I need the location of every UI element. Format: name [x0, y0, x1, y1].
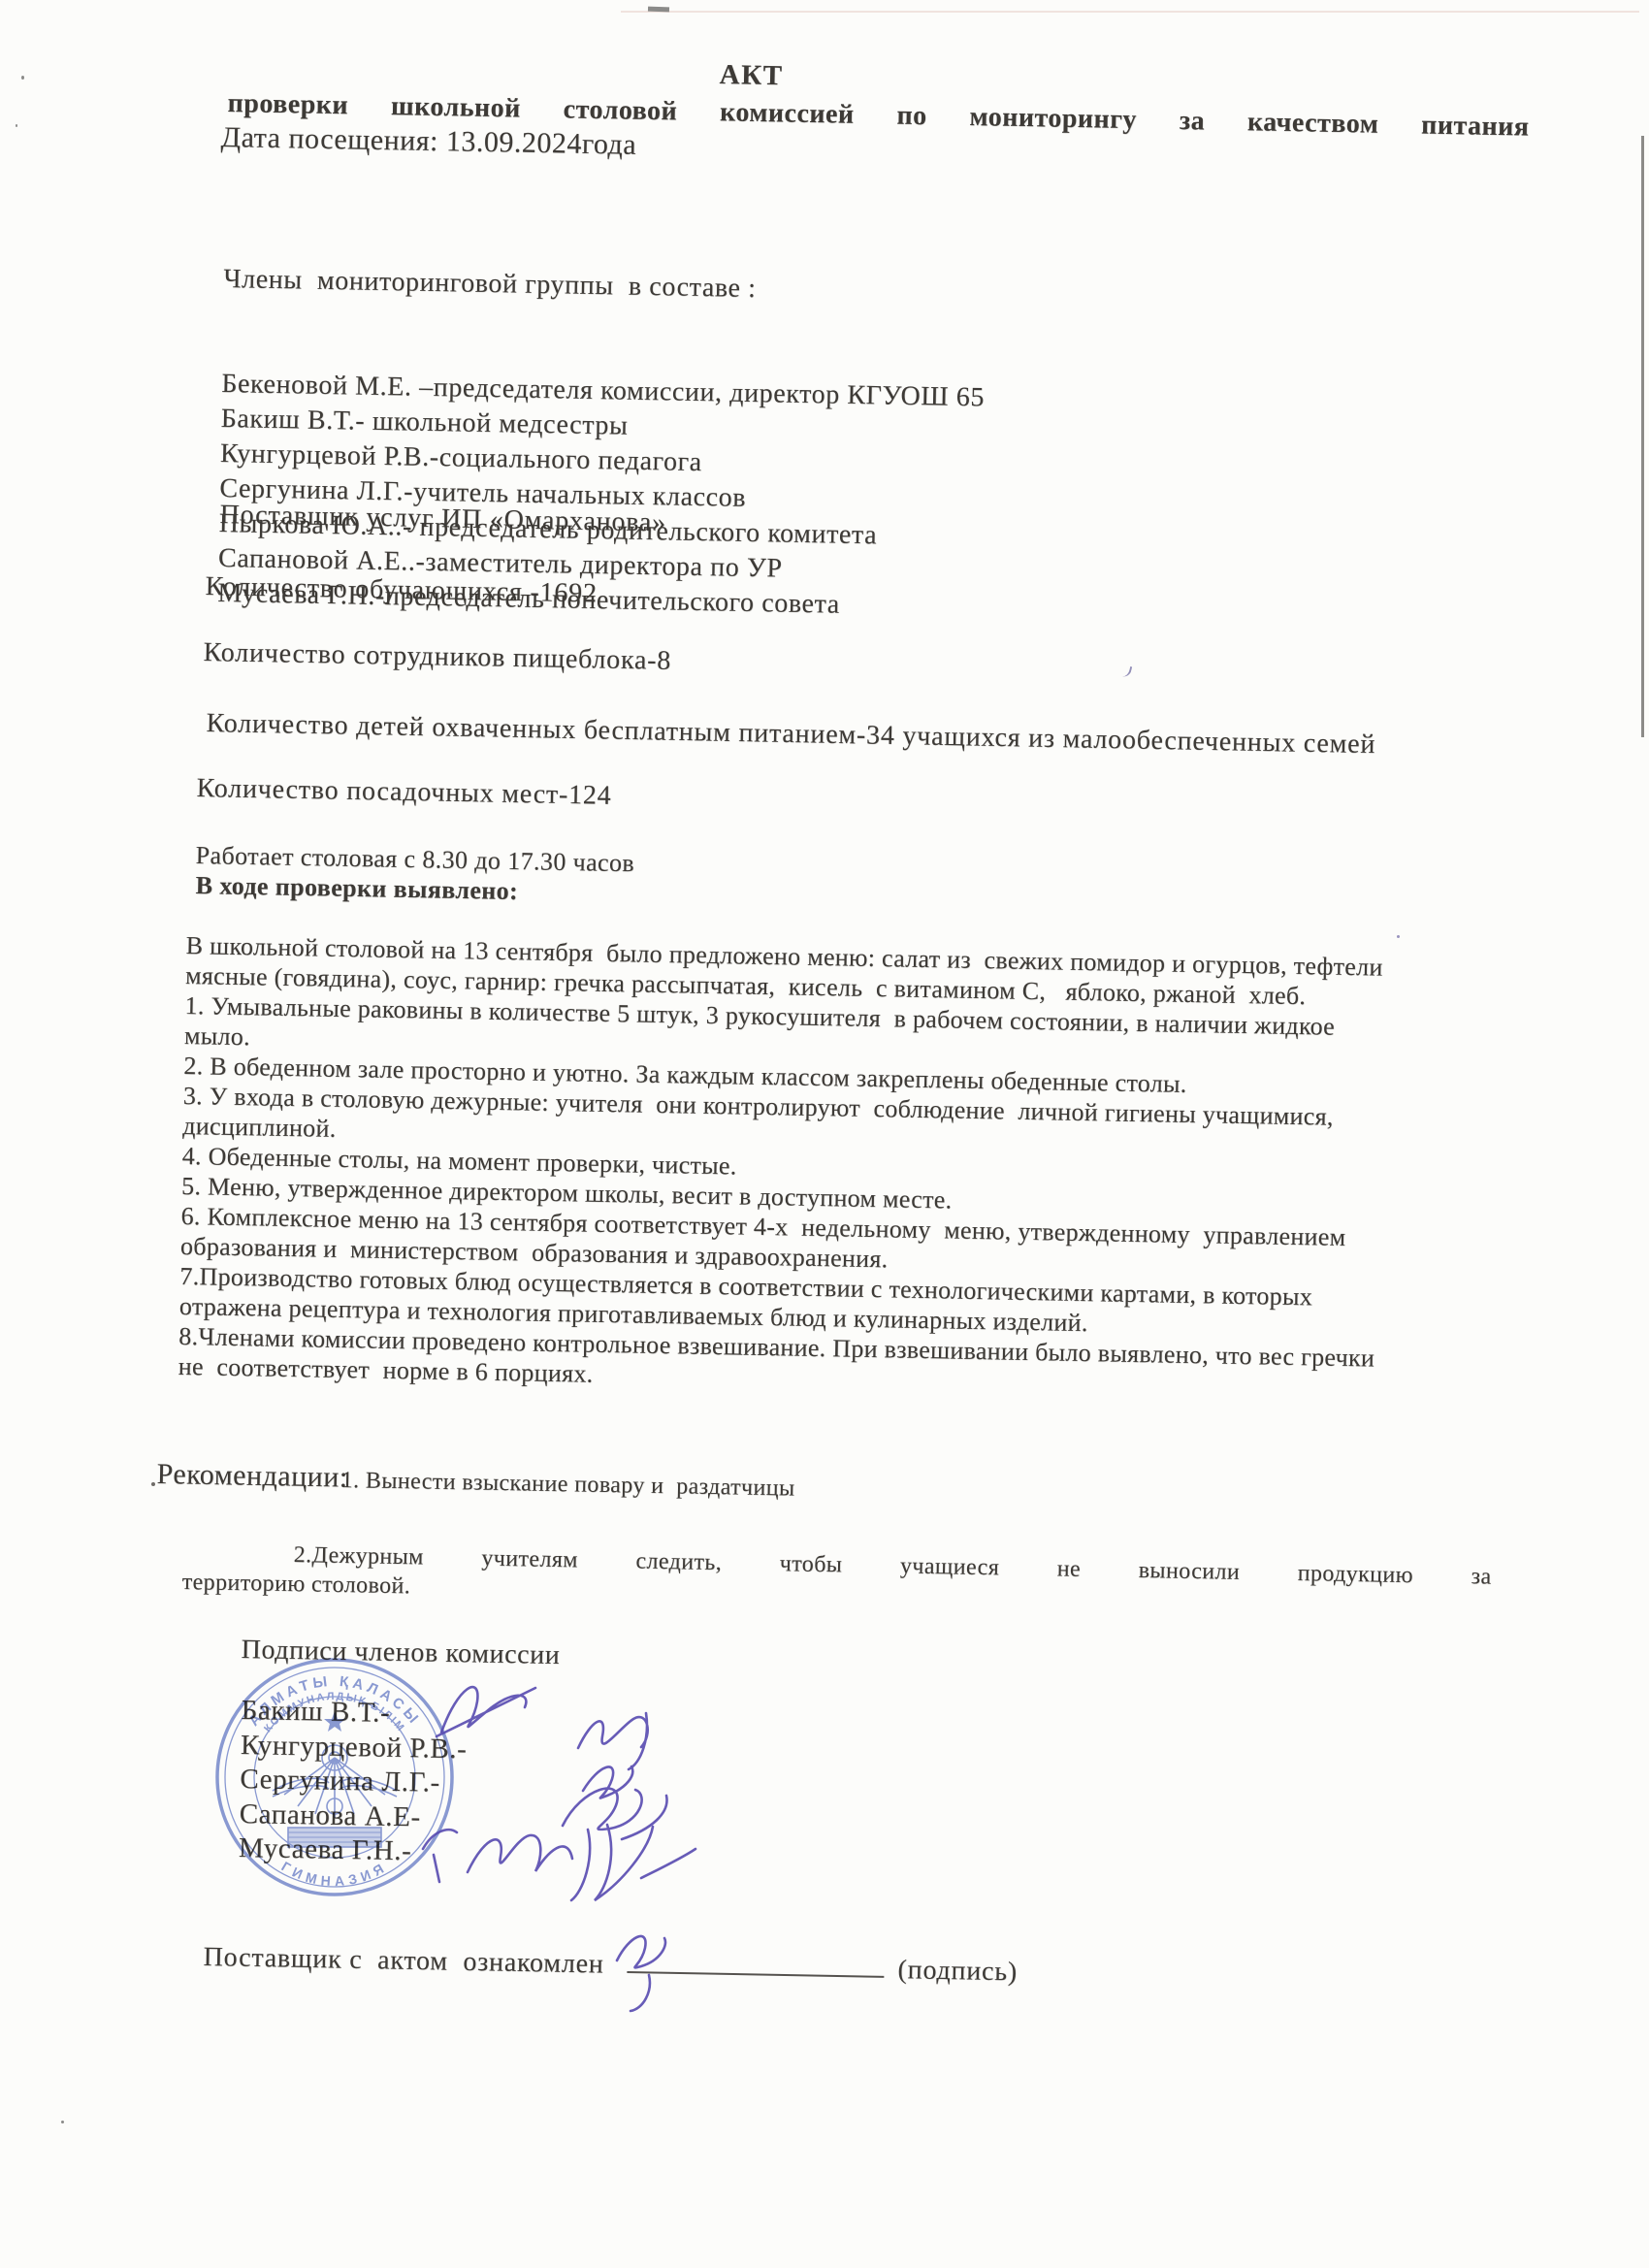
ink-signature-kungurtseva	[578, 1713, 648, 1769]
scan-artifact	[1641, 136, 1644, 737]
scan-ink-mark	[1120, 664, 1133, 678]
signature-blank-line	[627, 1944, 885, 1978]
commission-block: Члены мониторинговой группы в составе : …	[216, 192, 988, 695]
ink-signature-sapanova	[563, 1789, 667, 1839]
scan-speck	[1397, 935, 1400, 938]
signature-names-list: Бакиш В.Т.- Кунгурцевой Р.В.- Сергунина …	[239, 1694, 469, 1870]
seats-count-line: Количество посадочных мест-124	[196, 772, 611, 813]
scanned-document-page: АКТ проверки школьной столовой комиссией…	[0, 0, 1649, 2268]
recommendation-item-2-line2: территорию столовой.	[181, 1569, 410, 1602]
free-meals-line: Количество детей охваченных бесплатным п…	[206, 707, 1375, 761]
findings-heading: В ходе проверки выявлено:	[195, 870, 518, 907]
scan-speck	[16, 124, 17, 127]
acknowledgement-text: Поставщик с актом ознакомлен	[203, 1942, 604, 1980]
signature-caption: (подпись)	[897, 1955, 1018, 1987]
document-title: АКТ	[719, 58, 783, 94]
scan-speck	[151, 1482, 155, 1486]
recommendation-item-2-line1: 2.Дежурным учителям следить, чтобы учащи…	[293, 1541, 1491, 1592]
scan-artifact	[621, 11, 1639, 13]
signatures-heading: Подписи членов комиссии	[241, 1634, 560, 1672]
ink-signature-sergunina	[583, 1766, 632, 1798]
recommendation-item-1: 1. Вынести взыскание повару и раздатчицы	[340, 1467, 794, 1504]
visit-date-line: Дата посещения: 13.09.2024года	[220, 120, 636, 163]
scan-speck	[61, 2121, 64, 2123]
findings-body: В школьной столовой на 13 сентября было …	[178, 930, 1382, 1404]
recommendations-label: Рекомендации:	[156, 1457, 348, 1496]
commission-intro: Члены мониторинговой группы в составе :	[223, 262, 986, 310]
acknowledgement-line: Поставщик с актом ознакомлен(подпись)	[203, 1936, 1018, 1990]
scan-artifact	[648, 7, 669, 13]
scan-speck	[21, 76, 24, 80]
